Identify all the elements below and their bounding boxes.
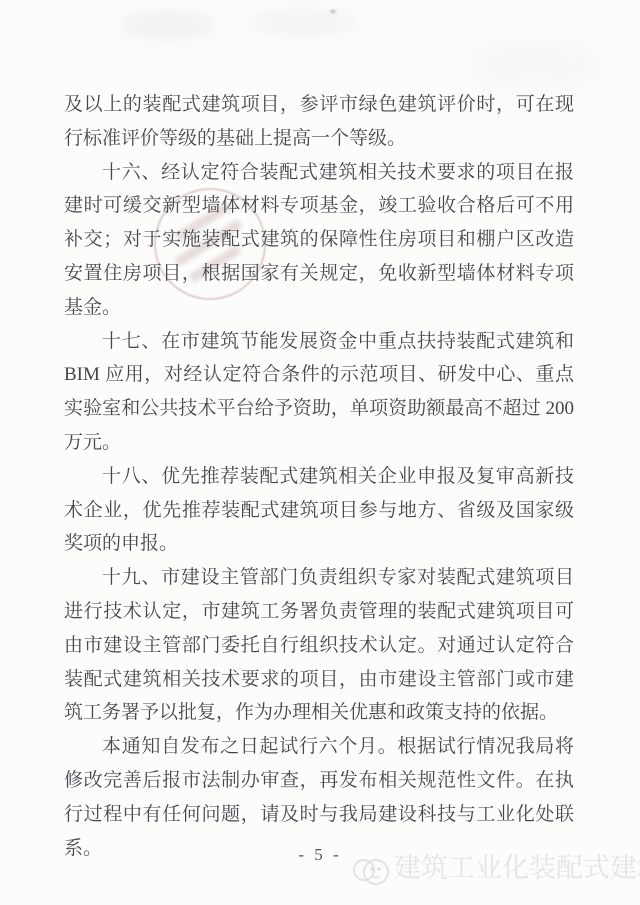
paragraph: 十六、经认定符合装配式建筑相关技术要求的项目在报建时可缓交新型墙体材料专项基金，… [64, 156, 574, 325]
scanned-document-page: 及以上的装配式建筑项目，参评市绿色建筑评价时，可在现行标准评价等级的基础上提高一… [0, 0, 640, 905]
paragraph: 十八、优先推荐装配式建筑相关企业申报及复审高新技术企业，优先推荐装配式建筑项目参… [64, 460, 574, 561]
scan-smudge [118, 10, 218, 40]
scan-smudge [470, 40, 600, 90]
paragraph: 十七、在市建筑节能发展资金中重点扶持装配式建筑和BIM 应用，对经认定符合条件的… [64, 325, 574, 460]
document-body: 及以上的装配式建筑项目，参评市绿色建筑评价时，可在现行标准评价等级的基础上提高一… [64, 88, 574, 865]
paragraph: 十九、市建设主管部门负责组织专家对装配式建筑项目进行技术认定，市建筑工务署负责管… [64, 561, 574, 730]
scan-smudge [248, 8, 358, 36]
paragraph: 及以上的装配式建筑项目，参评市绿色建筑评价时，可在现行标准评价等级的基础上提高一… [64, 88, 574, 156]
page-number: - 5 - [0, 845, 640, 865]
scan-speck [330, 10, 336, 13]
